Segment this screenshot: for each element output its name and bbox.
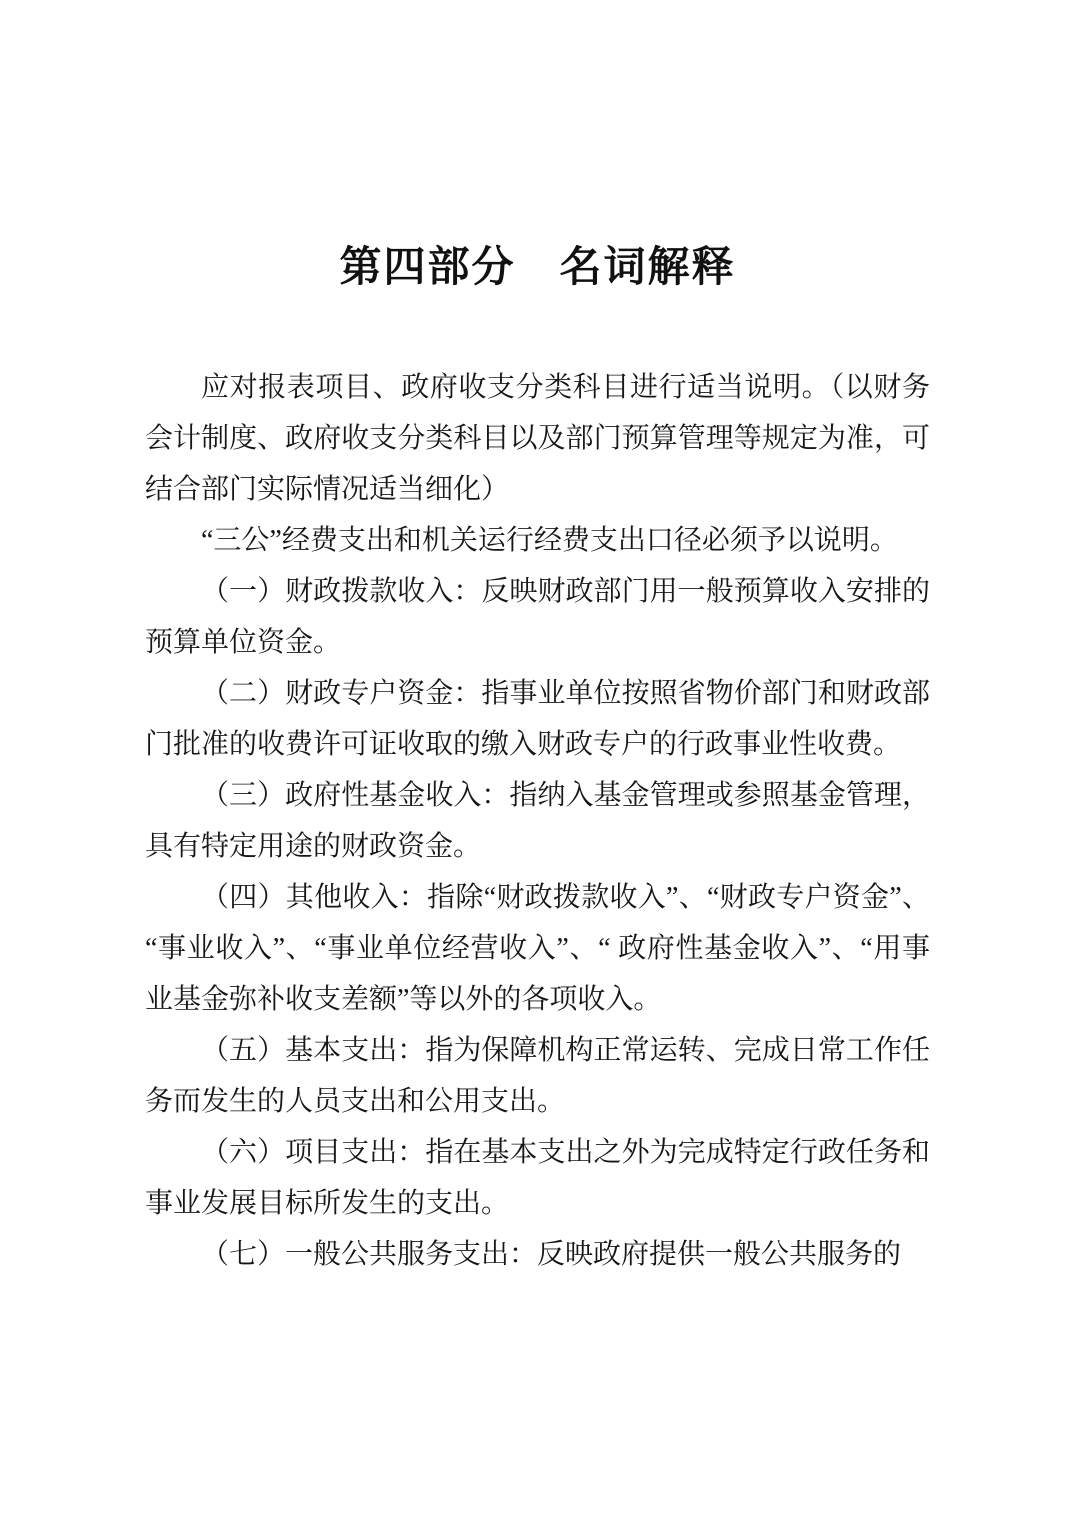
paragraph: “三公”经费支出和机关运行经费支出口径必须予以说明。 (145, 515, 930, 566)
document-body: 应对报表项目、政府收支分类科目进行适当说明。（以财务会计制度、政府收支分类科目以… (145, 362, 930, 1280)
paragraph: （四）其他收入：指除“财政拨款收入”、“财政专户资金”、“事业收入”、“事业单位… (145, 872, 930, 1025)
paragraph: （六）项目支出：指在基本支出之外为完成特定行政任务和事业发展目标所发生的支出。 (145, 1127, 930, 1229)
paragraph: 应对报表项目、政府收支分类科目进行适当说明。（以财务会计制度、政府收支分类科目以… (145, 362, 930, 515)
paragraph: （三）政府性基金收入：指纳入基金管理或参照基金管理，具有特定用途的财政资金。 (145, 770, 930, 872)
document-page: 第四部分 名词解释 应对报表项目、政府收支分类科目进行适当说明。（以财务会计制度… (0, 0, 1074, 1520)
paragraph: （五）基本支出：指为保障机构正常运转、完成日常工作任务而发生的人员支出和公用支出… (145, 1025, 930, 1127)
paragraph: （七）一般公共服务支出：反映政府提供一般公共服务的 (145, 1229, 930, 1280)
paragraph: （一）财政拨款收入：反映财政部门用一般预算收入安排的预算单位资金。 (145, 566, 930, 668)
paragraph: （二）财政专户资金：指事业单位按照省物价部门和财政部门批准的收费许可证收取的缴入… (145, 668, 930, 770)
page-title: 第四部分 名词解释 (145, 0, 930, 290)
